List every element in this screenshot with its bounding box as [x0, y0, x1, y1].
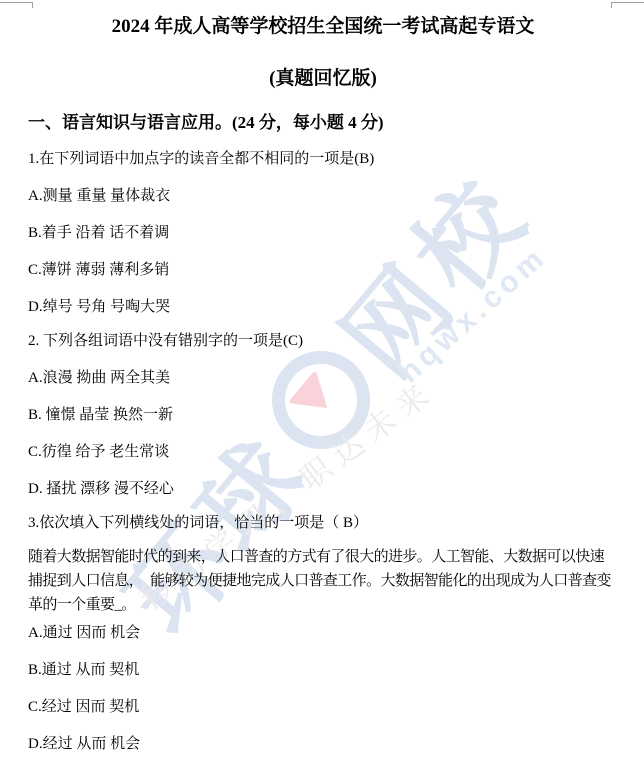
document-page: 环球 网校 hqwx.com 移动学习，职达未来 2024 年成人高等学校招生全…: [0, 0, 644, 777]
question-options: A.通过 因而 机会 B.通过 从而 契机 C.经过 因而 契机 D.经过 从而…: [28, 623, 618, 755]
option-item: C.彷徨 给予 老生常谈: [28, 442, 618, 463]
page-corner-mark-left: [0, 2, 33, 8]
question-block-1: 1.在下列词语中加点字的读音全都不相同的一项是(B) A.测量 重量 量体裁衣 …: [28, 149, 618, 318]
option-item: D.绰号 号角 号啕大哭: [28, 297, 618, 318]
option-item: D. 搔扰 漂移 漫不经心: [28, 479, 618, 500]
option-item: A.通过 因而 机会: [28, 623, 618, 644]
option-item: A.浪漫 拗曲 两全其美: [28, 368, 618, 389]
question-stem: 3.依次填入下列横线处的词语，恰当的一项是（ B）: [28, 513, 618, 534]
page-subtitle: (真题回忆版): [28, 66, 618, 92]
option-item: B. 憧憬 晶莹 换然一新: [28, 405, 618, 426]
question-stem: 2. 下列各组词语中没有错别字的一项是(C): [28, 331, 618, 352]
option-item: C.薄饼 薄弱 薄利多销: [28, 260, 618, 281]
option-item: B.着手 沿着 话不着调: [28, 223, 618, 244]
question-block-3: 3.依次填入下列横线处的词语，恰当的一项是（ B） 随着大数据智能时代的到来，人…: [28, 513, 618, 755]
question-stem: 1.在下列词语中加点字的读音全都不相同的一项是(B): [28, 149, 618, 170]
page-corner-mark-right: [611, 2, 644, 8]
option-item: B.通过 从而 契机: [28, 660, 618, 681]
section-heading: 一、语言知识与语言应用。(24 分，每小题 4 分): [28, 111, 618, 135]
question-block-2: 2. 下列各组词语中没有错别字的一项是(C) A.浪漫 拗曲 两全其美 B. 憧…: [28, 331, 618, 500]
question-passage: 随着大数据智能时代的到来，人口普查的方式有了很大的进步。人工智能、大数据可以快速…: [28, 545, 618, 617]
option-item: C.经过 因而 契机: [28, 697, 618, 718]
page-title: 2024 年成人高等学校招生全国统一考试高起专语文: [28, 14, 618, 40]
document-content: 2024 年成人高等学校招生全国统一考试高起专语文 (真题回忆版) 一、语言知识…: [0, 0, 644, 777]
option-item: A.测量 重量 量体裁衣: [28, 186, 618, 207]
option-item: D.经过 从而 机会: [28, 734, 618, 755]
